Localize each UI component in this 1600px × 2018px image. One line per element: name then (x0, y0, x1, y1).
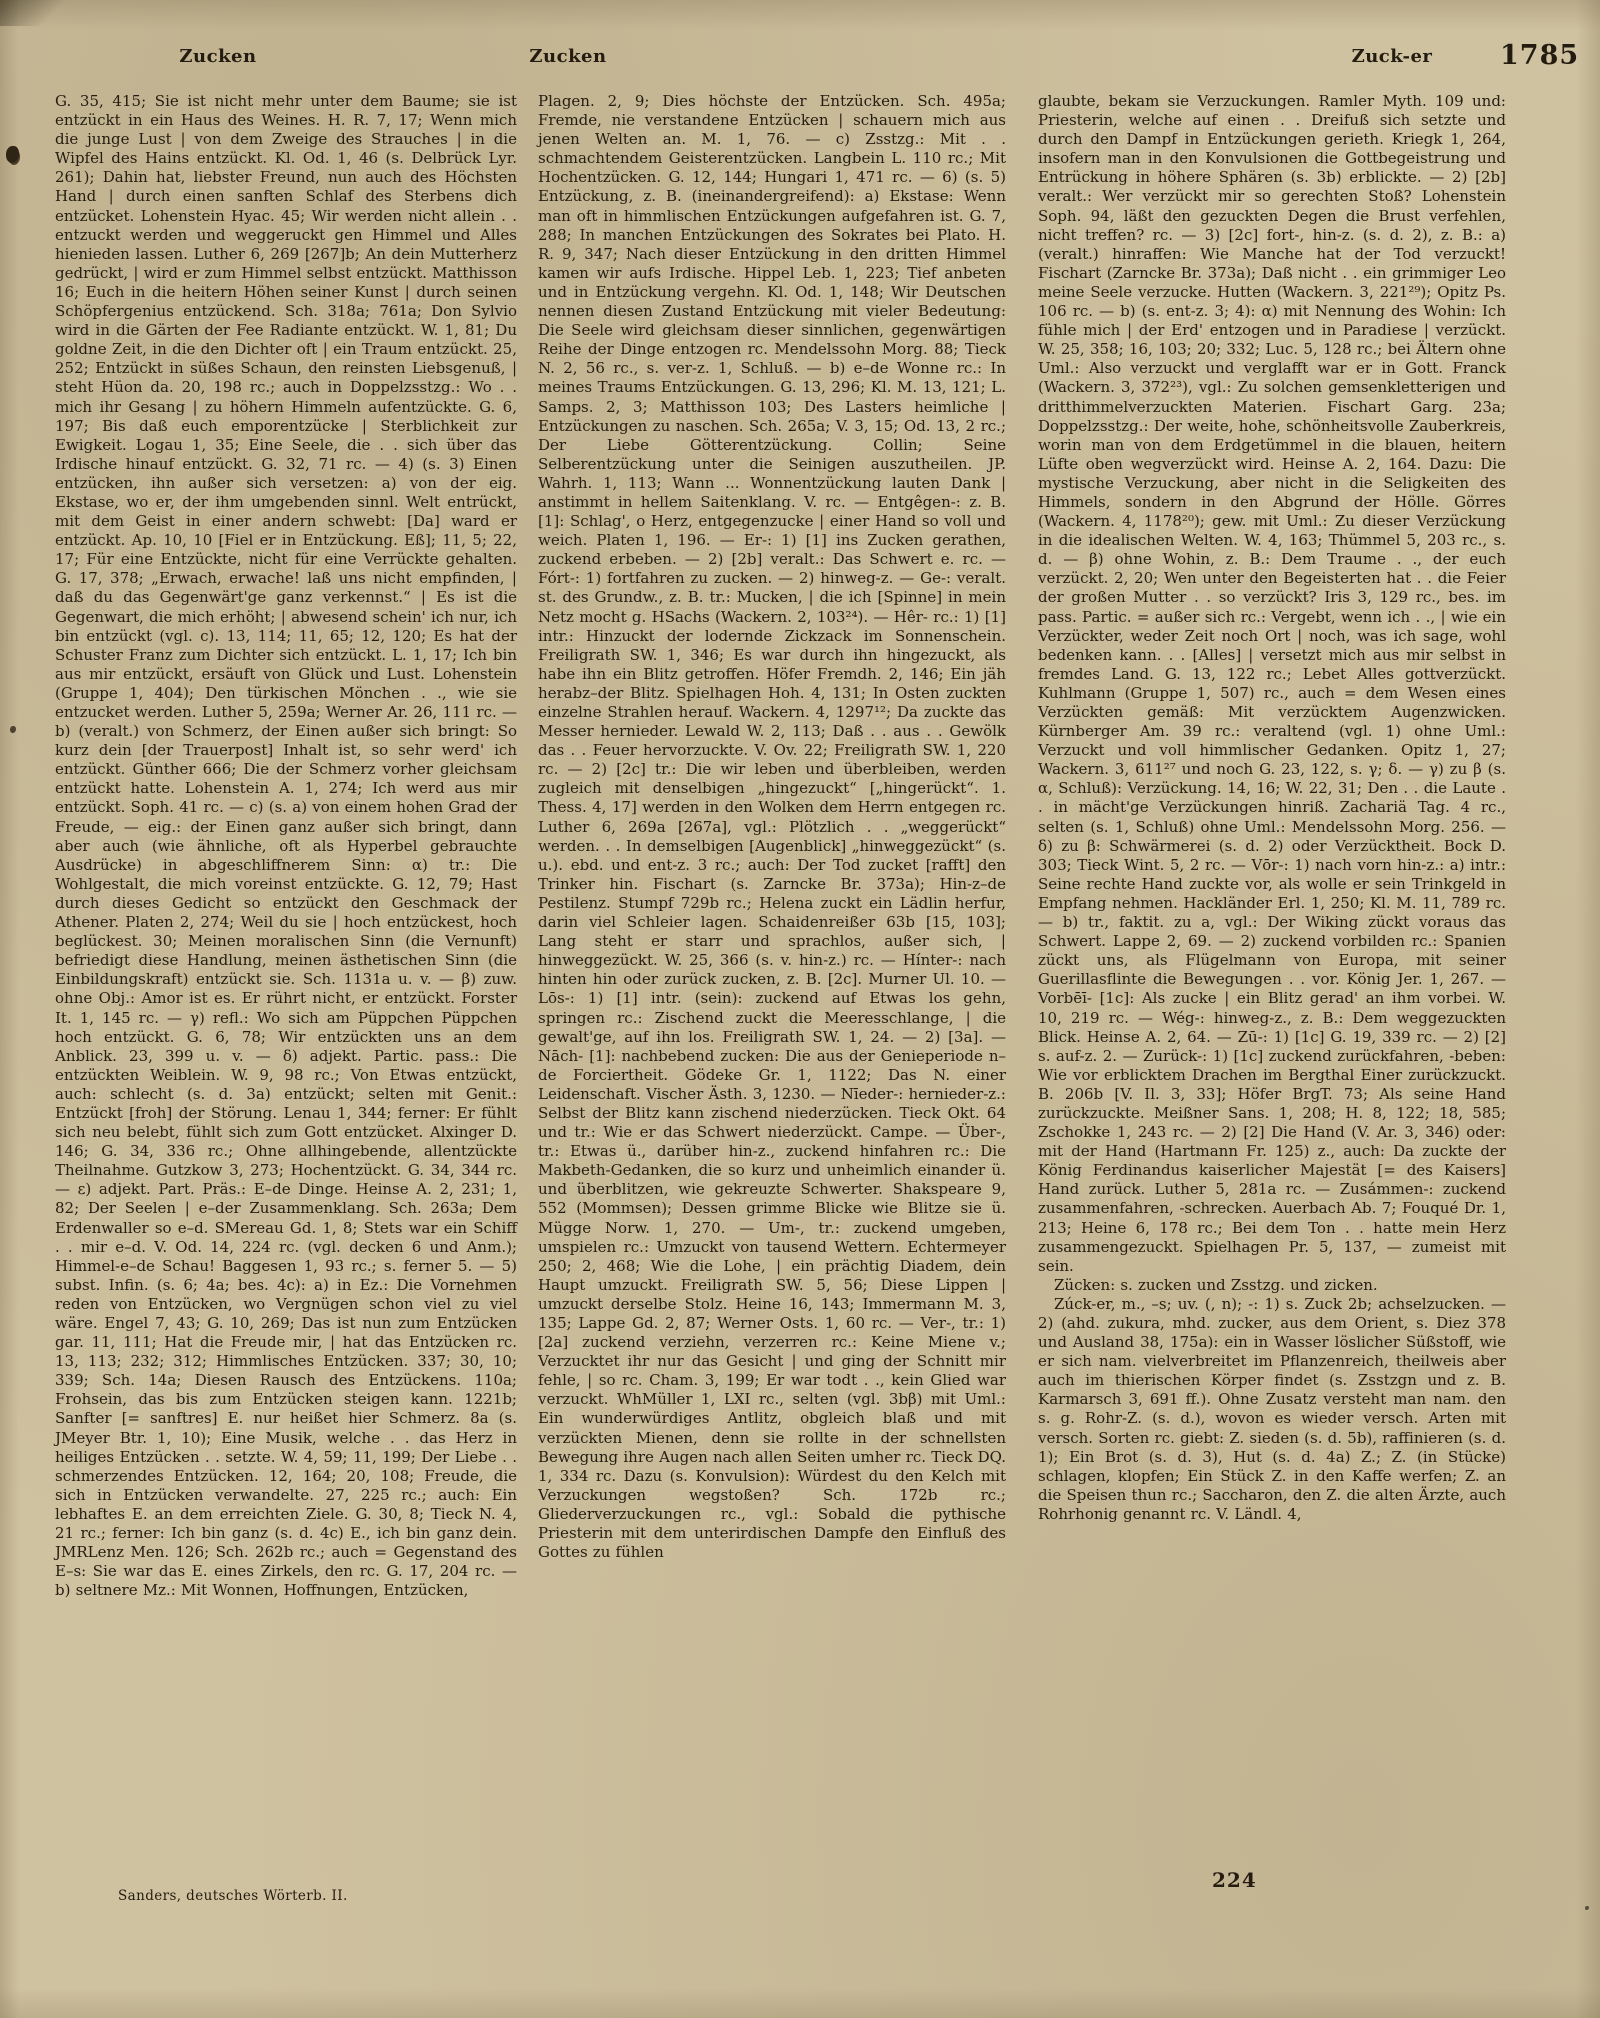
text-paragraph: Plagen. 2, 9; Dies höchste der Entzücken… (538, 92, 1006, 1562)
running-title-left: Zucken (148, 46, 288, 67)
text-paragraph: Zücken: s. zucken und Zsstzg. und zicken… (1038, 1276, 1506, 1295)
text-column-3: glaubte, bekam sie Verzuckungen. Ramler … (1038, 92, 1506, 1524)
running-title-center: Zucken (498, 46, 638, 67)
ink-blot (6, 146, 19, 163)
text-paragraph: G. 35, 415; Sie ist nicht mehr unter dem… (55, 92, 517, 1600)
text-paragraph: glaubte, bekam sie Verzuckungen. Ramler … (1038, 92, 1506, 1276)
page-number: 1785 (1500, 40, 1579, 71)
running-title-right: Zuck-er (1322, 46, 1462, 67)
text-column-1: G. 35, 415; Sie ist nicht mehr unter dem… (55, 92, 517, 1600)
ink-speck (10, 726, 16, 733)
page-corner-shadow (0, 0, 70, 26)
dictionary-page: Zucken Zucken Zuck-er 1785 G. 35, 415; S… (0, 0, 1600, 2018)
volume-imprint: Sanders, deutsches Wörterb. II. (118, 1888, 348, 1904)
ink-speck (1585, 1906, 1589, 1910)
text-column-2: Plagen. 2, 9; Dies höchste der Entzücken… (538, 92, 1006, 1562)
text-paragraph: Zúck-er, m., –s; uv. (, n); -: 1) s. Zuc… (1038, 1295, 1506, 1524)
sheet-signature: 224 (1212, 1868, 1257, 1892)
